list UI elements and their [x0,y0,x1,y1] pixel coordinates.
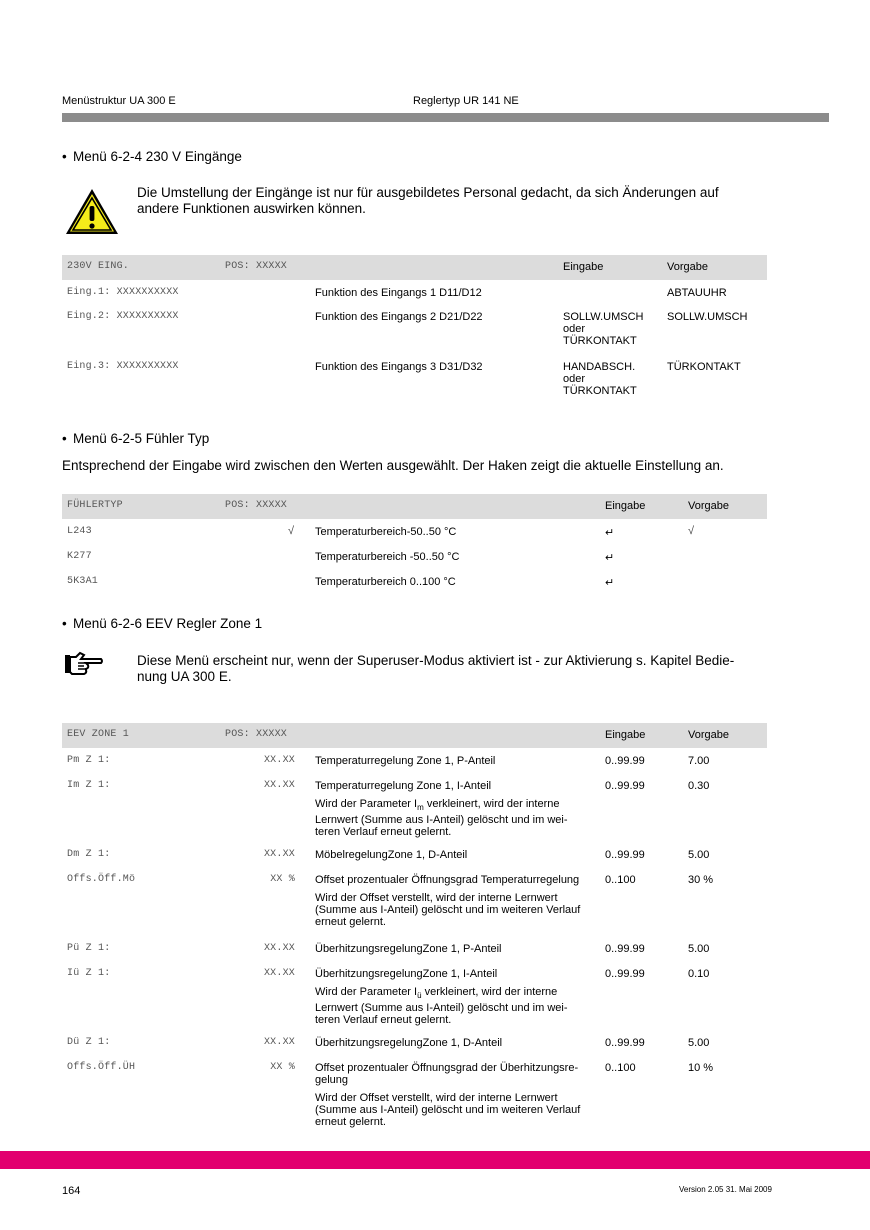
table-header: FÜHLERTYP POS: XXXXX Eingabe Vorgabe [62,494,767,519]
table-row: K277 Temperaturbereich -50..50 °C ↵ [62,544,767,569]
page-number: 164 [62,1185,80,1197]
version-info: Version 2.05 31. Mai 2009 [679,1185,772,1194]
table-row: Pm Z 1:XX.XXTemperaturregelung Zone 1, P… [62,748,767,773]
warning-triangle-icon [64,187,120,236]
table-sensor-type: FÜHLERTYP POS: XXXXX Eingabe Vorgabe L24… [62,494,767,594]
footer-accent-bar [0,1151,870,1169]
table-row: Dm Z 1:XX.XXMöbelregelungZone 1, D-Antei… [62,842,767,867]
superuser-note-text: Diese Menü erscheint nur, wenn der Super… [137,653,787,685]
table-row: 5K3A1 Temperaturbereich 0..100 °C ↵ [62,569,767,594]
check-mark-icon: √ [688,525,694,537]
table-row: Pü Z 1:XX.XXÜberhitzungsregelungZone 1, … [62,936,767,961]
check-mark-icon: √ [288,525,294,537]
sensor-type-description: Entsprechend der Eingabe wird zwischen d… [62,458,724,473]
table-eev-zone-1: EEV ZONE 1 POS: XXXXX Eingabe Vorgabe Pm… [62,723,767,1136]
header-controller-type: Reglertyp UR 141 NE [413,95,519,107]
table-row: Dü Z 1:XX.XXÜberhitzungsregelungZone 1, … [62,1030,767,1055]
section-heading-230v-inputs: •Menü 6-2-4 230 V Eingänge [62,149,242,164]
enter-key-icon: ↵ [605,551,614,564]
section-heading-eev-zone-1: •Menü 6-2-6 EEV Regler Zone 1 [62,616,262,631]
table-row: Iü Z 1:XX.XXÜberhitzungsregelungZone 1, … [62,961,767,1030]
table-header: EEV ZONE 1 POS: XXXXX Eingabe Vorgabe [62,723,767,748]
warning-text: Die Umstellung der Eingänge ist nur für … [137,185,787,217]
table-row: Eing.1: XXXXXXXXXX Funktion des Eingangs… [62,280,767,305]
table-row: Offs.Öff.ÜHXX %Offset prozentualer Öffnu… [62,1055,767,1136]
table-header: 230V EING. POS: XXXXX Eingabe Vorgabe [62,255,767,280]
table-row: Im Z 1:XX.XXTemperaturregelung Zone 1, I… [62,773,767,842]
table-row: Eing.3: XXXXXXXXXX Funktion des Eingangs… [62,355,767,405]
table-row: L243 √ Temperaturbereich-50..50 °C ↵ √ [62,519,767,544]
enter-key-icon: ↵ [605,576,614,589]
eev-rows: Pm Z 1:XX.XXTemperaturregelung Zone 1, P… [62,748,767,1136]
header-divider [62,113,829,122]
table-row: Eing.2: XXXXXXXXXX Funktion des Eingangs… [62,305,767,355]
header-doc-title: Menüstruktur UA 300 E [62,95,176,107]
enter-key-icon: ↵ [605,526,614,539]
table-row: Offs.Öff.MöXX %Offset prozentualer Öffnu… [62,867,767,936]
table-230v-inputs: 230V EING. POS: XXXXX Eingabe Vorgabe Ei… [62,255,767,405]
pointing-hand-icon [64,651,104,677]
section-heading-sensor-type: •Menü 6-2-5 Fühler Typ [62,431,209,446]
